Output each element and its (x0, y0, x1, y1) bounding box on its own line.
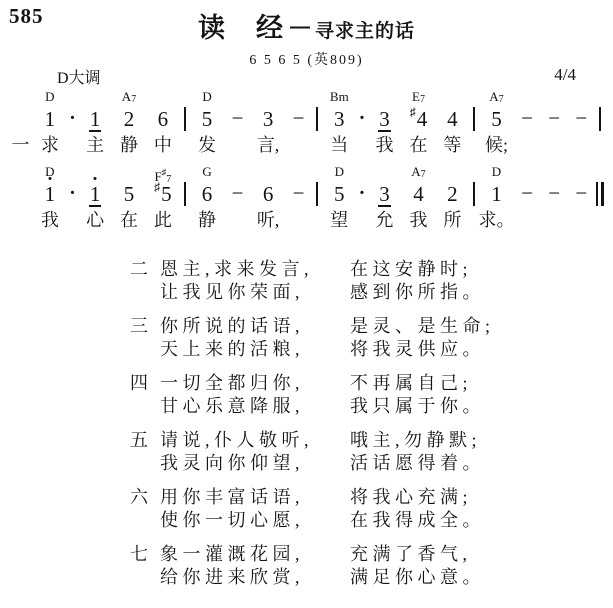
note-digit: 1 (90, 183, 101, 205)
dash-cell: − (285, 164, 312, 234)
chord-root: A (411, 164, 420, 179)
chord-label: D (45, 89, 54, 105)
augmentation-dot-icon: · (69, 107, 76, 130)
note-cell: 4等 (435, 89, 469, 159)
note-digit: 1 (45, 183, 56, 205)
lyric-syllable: 候; (485, 132, 508, 159)
note-row: 6 (158, 105, 169, 132)
verse-line: 将我心充满; (350, 486, 495, 509)
note-row: − (293, 180, 305, 207)
note-row: 3 (379, 105, 390, 132)
note-row: 6 (263, 180, 274, 207)
music-notation: 一D1求·1主A72静6中D5发−3言,−Bm3当·3我E7♯4在4等A75候;… (8, 89, 605, 239)
note-cell: 5在 (112, 164, 146, 234)
note-cell: D5望 (322, 164, 356, 234)
time-signature: 4/4 (554, 65, 576, 85)
dash-cell: − (541, 89, 568, 159)
double-barline-cell (595, 164, 605, 234)
note-digit: 5 (491, 108, 502, 130)
dash-cell: − (513, 89, 540, 159)
dot-cell: · (67, 164, 78, 234)
note-row: − (548, 180, 560, 207)
chord-label: E7 (412, 89, 425, 105)
lyric-syllable: 望 (330, 207, 348, 234)
lyric-syllable: 所 (443, 207, 461, 234)
verse-line: 给你进来欣赏, (160, 566, 350, 589)
note-cell: 3允 (368, 164, 402, 234)
note-row (599, 105, 601, 132)
verse-line: 我只属于你。 (350, 395, 495, 418)
verse-line: 甘心乐意降服, (160, 395, 350, 418)
barline-cell (595, 89, 605, 159)
verse: 五请说,仆人敬听,哦主,勿静默;我灵向你仰望,活话愿得着。 (130, 429, 495, 475)
verse-number: 四 (130, 372, 160, 395)
lyric-syllable: 在 (409, 132, 427, 159)
lyric-syllable: 允 (376, 207, 394, 234)
note-cell: 3我 (368, 89, 402, 159)
verse-line: 充满了香气, (350, 543, 495, 566)
note-row (473, 105, 475, 132)
lyric-syllable: 求。 (478, 207, 514, 234)
chord-label: D (492, 164, 501, 180)
verse-line: 感到你所指。 (350, 281, 495, 304)
verse-line: 一切全都归你, (160, 372, 350, 395)
verse-line: 我灵向你仰望, (160, 452, 350, 475)
chord-root: A (489, 89, 498, 104)
note-digit: 6 (202, 183, 213, 205)
chord-label: G (202, 164, 211, 180)
note-row: 1 (491, 180, 502, 207)
lyric-syllable: 言, (257, 132, 280, 159)
augmentation-dot-icon: · (359, 107, 366, 130)
note-cell: 6中 (146, 89, 180, 159)
note-row: 1 (45, 105, 56, 132)
held-note-dash-icon: − (232, 106, 244, 131)
note-cell: D1求 (33, 89, 67, 159)
chord-root: E (412, 89, 420, 104)
verse-line: 将我灵供应。 (350, 338, 495, 361)
lyric-syllable: 当 (330, 132, 348, 159)
barline-icon (316, 107, 318, 131)
chord-root: D (202, 89, 211, 104)
title-row: 读 经—寻求主的话 (0, 6, 613, 45)
barline-icon (473, 107, 475, 131)
note-row: · (359, 105, 366, 132)
sharp-icon: ♯ (154, 180, 160, 195)
chord-root: D (492, 164, 501, 179)
verse-line: 请说,仆人敬听, (160, 429, 350, 452)
dot-cell: · (67, 89, 78, 159)
note-row: − (521, 105, 533, 132)
note-digit: 5 (161, 183, 172, 205)
augmentation-dot-icon: · (359, 182, 366, 205)
note-row (316, 180, 318, 207)
chord-label: A7 (122, 89, 136, 105)
note-digit: 3 (263, 108, 274, 130)
note-digit: 4 (417, 108, 428, 130)
note-row (184, 105, 186, 132)
held-note-dash-icon: − (521, 181, 533, 206)
note-row: 3 (263, 105, 274, 132)
dash-cell: − (541, 164, 568, 234)
verse-line: 你所说的话语, (160, 315, 350, 338)
dash-cell: − (568, 164, 595, 234)
held-note-dash-icon: − (293, 106, 305, 131)
verse-line: 哦主,勿静默; (350, 429, 495, 452)
note-row: 5 (334, 180, 345, 207)
chord-seventh: 7 (421, 169, 426, 180)
note-cell: A75候; (480, 89, 514, 159)
barline-icon (599, 107, 601, 131)
note-row: 4 (413, 180, 424, 207)
lyric-syllable: 一 (11, 132, 29, 159)
note-row: ♯4 (410, 105, 428, 132)
note-row: 3 (379, 180, 390, 207)
note-row: 4 (447, 105, 458, 132)
chord-label: D (202, 89, 211, 105)
note-row: 1 (45, 180, 56, 207)
lyric-syllable: 此 (154, 207, 172, 234)
note-row (184, 180, 186, 207)
key-signature: D大调 (57, 65, 101, 88)
note-digit: 1 (491, 183, 502, 205)
chord-label: Bm (330, 89, 349, 105)
note-row: − (521, 180, 533, 207)
hymn-subtitle: 寻求主的话 (315, 21, 415, 42)
note-cell: 2所 (435, 164, 469, 234)
verse-number: 二 (130, 258, 160, 281)
note-row: 2 (447, 180, 458, 207)
note-digit: 5 (124, 183, 135, 205)
lyric-syllable: 我 (409, 207, 427, 234)
note-row: 5 (202, 105, 213, 132)
verse-gutter-cell: 一 (8, 89, 33, 159)
verse-line: 恩主,求来发言, (160, 258, 350, 281)
lyric-syllable: 听, (257, 207, 280, 234)
note-row (316, 105, 318, 132)
verse-number: 五 (130, 429, 160, 452)
note-cell: A74我 (402, 164, 436, 234)
dash-cell: − (285, 89, 312, 159)
barline-cell (180, 89, 190, 159)
sharp-icon: ♯ (410, 105, 416, 120)
barline-cell (469, 89, 479, 159)
verse-gutter-cell (8, 164, 33, 234)
chord-label: F♯7 (155, 164, 172, 180)
note-row: 2 (124, 105, 135, 132)
chord-root: Bm (330, 89, 349, 104)
chord-seventh: 7 (131, 94, 136, 105)
dash-cell: − (568, 89, 595, 159)
barline-icon (184, 107, 186, 131)
chord-root: A (122, 89, 131, 104)
note-digit: 3 (334, 108, 345, 130)
note-cell: 1心 (78, 164, 112, 234)
held-note-dash-icon: − (293, 181, 305, 206)
verse-number: 六 (130, 486, 160, 509)
lyric-syllable: 静 (120, 132, 138, 159)
note-digit: 2 (124, 108, 135, 130)
note-digit: 6 (263, 183, 274, 205)
chord-label: D (335, 164, 344, 180)
verse-line: 在我得成全。 (350, 509, 495, 532)
note-cell: F♯7♯5此 (146, 164, 180, 234)
note-row: − (548, 105, 560, 132)
barline-icon (473, 182, 475, 206)
note-row: ♯5 (154, 180, 172, 207)
note-row (596, 180, 604, 207)
chord-root: G (202, 164, 211, 179)
note-row: 5 (491, 105, 502, 132)
verse-line: 是灵、是生命; (350, 315, 495, 338)
note-digit: 5 (334, 183, 345, 205)
lyric-syllable: 我 (376, 132, 394, 159)
note-digit: 1 (45, 108, 56, 130)
augmentation-dot-icon: · (69, 182, 76, 205)
title-dash: — (290, 16, 310, 38)
dot-cell: · (356, 164, 367, 234)
lyric-syllable: 求 (41, 132, 59, 159)
note-row: − (575, 105, 587, 132)
note-cell: D1我 (33, 164, 67, 234)
verse-line: 用你丰富话语, (160, 486, 350, 509)
note-row: · (69, 180, 76, 207)
note-cell: 6听, (251, 164, 285, 234)
verse-line: 天上来的活粮, (160, 338, 350, 361)
note-digit: 4 (447, 108, 458, 130)
verse-line: 象一灌溉花园, (160, 543, 350, 566)
note-row: 6 (202, 180, 213, 207)
octave-dot-icon (48, 177, 51, 180)
verse-number: 七 (130, 543, 160, 566)
verse: 七象一灌溉花园,充满了香气,给你进来欣赏,满足你心意。 (130, 543, 495, 589)
note-digit: 1 (90, 108, 101, 130)
barline-icon (184, 182, 186, 206)
held-note-dash-icon: − (575, 181, 587, 206)
dash-cell: − (224, 164, 251, 234)
held-note-dash-icon: − (232, 181, 244, 206)
double-barline-icon (596, 182, 604, 206)
note-cell: G6静 (190, 164, 224, 234)
octave-dot-icon (94, 177, 97, 180)
chord-seventh: 7 (420, 94, 425, 105)
chord-root: D (45, 89, 54, 104)
verse-line: 活话愿得着。 (350, 452, 495, 475)
verse-line: 在这安静时; (350, 258, 495, 281)
note-cell: 3言, (251, 89, 285, 159)
verse: 二恩主,求来发言,在这安静时;让我见你荣面,感到你所指。 (130, 258, 495, 304)
hymn-page: 585 读 经—寻求主的话 6 5 6 5 (英809) D大调 4/4 一D1… (0, 0, 613, 608)
verses-block: 二恩主,求来发言,在这安静时;让我见你荣面,感到你所指。三你所说的话语,是灵、是… (130, 258, 495, 600)
note-digit: 5 (202, 108, 213, 130)
lyric-syllable: 中 (154, 132, 172, 159)
verse-line: 满足你心意。 (350, 566, 495, 589)
note-cell: 1主 (78, 89, 112, 159)
music-system: D1我·1心5在F♯7♯5此G6静−6听,−D5望·3允A74我2所D1求。−−… (8, 164, 605, 234)
note-row: − (575, 180, 587, 207)
dash-cell: − (224, 89, 251, 159)
note-row: − (293, 105, 305, 132)
lyric-syllable: 在 (120, 207, 138, 234)
note-cell: D5发 (190, 89, 224, 159)
note-row: 1 (90, 180, 101, 207)
note-row: 5 (124, 180, 135, 207)
chord-label: A7 (489, 89, 503, 105)
barline-cell (180, 164, 190, 234)
note-cell: Bm3当 (322, 89, 356, 159)
verse-line: 使你一切心愿, (160, 509, 350, 532)
verse-number: 三 (130, 315, 160, 338)
lyric-syllable: 心 (86, 207, 104, 234)
held-note-dash-icon: − (548, 181, 560, 206)
lyric-syllable: 静 (198, 207, 216, 234)
lyric-syllable: 我 (41, 207, 59, 234)
note-row: · (69, 105, 76, 132)
note-cell: E7♯4在 (402, 89, 436, 159)
chord-seventh: 7 (499, 94, 504, 105)
held-note-dash-icon: − (575, 106, 587, 131)
lyric-syllable: 主 (86, 132, 104, 159)
chord-label: A7 (411, 164, 425, 180)
verse: 四一切全都归你,不再属自己;甘心乐意降服,我只属于你。 (130, 372, 495, 418)
note-digit: 3 (379, 108, 390, 130)
note-digit: 2 (447, 183, 458, 205)
note-digit: 3 (379, 183, 390, 205)
chord-root: D (335, 164, 344, 179)
lyric-syllable: 发 (198, 132, 216, 159)
note-row: 3 (334, 105, 345, 132)
dot-cell: · (356, 89, 367, 159)
lyric-syllable: 等 (443, 132, 461, 159)
barline-cell (312, 164, 322, 234)
verse-line: 不再属自己; (350, 372, 495, 395)
note-digit: 6 (158, 108, 169, 130)
note-row: 1 (90, 105, 101, 132)
note-digit: 4 (413, 183, 424, 205)
note-cell: D1求。 (480, 164, 514, 234)
music-system: 一D1求·1主A72静6中D5发−3言,−Bm3当·3我E7♯4在4等A75候;… (8, 89, 605, 159)
verse: 三你所说的话语,是灵、是生命;天上来的活粮,将我灵供应。 (130, 315, 495, 361)
held-note-dash-icon: − (521, 106, 533, 131)
note-row (473, 180, 475, 207)
barline-icon (316, 182, 318, 206)
held-note-dash-icon: − (548, 106, 560, 131)
dash-cell: − (513, 164, 540, 234)
verse-line: 让我见你荣面, (160, 281, 350, 304)
note-row: − (232, 105, 244, 132)
note-row: · (359, 180, 366, 207)
note-cell: A72静 (112, 89, 146, 159)
verse: 六用你丰富话语,将我心充满;使你一切心愿,在我得成全。 (130, 486, 495, 532)
hymn-title: 读 经 (198, 13, 285, 43)
barline-cell (312, 89, 322, 159)
note-row: − (232, 180, 244, 207)
